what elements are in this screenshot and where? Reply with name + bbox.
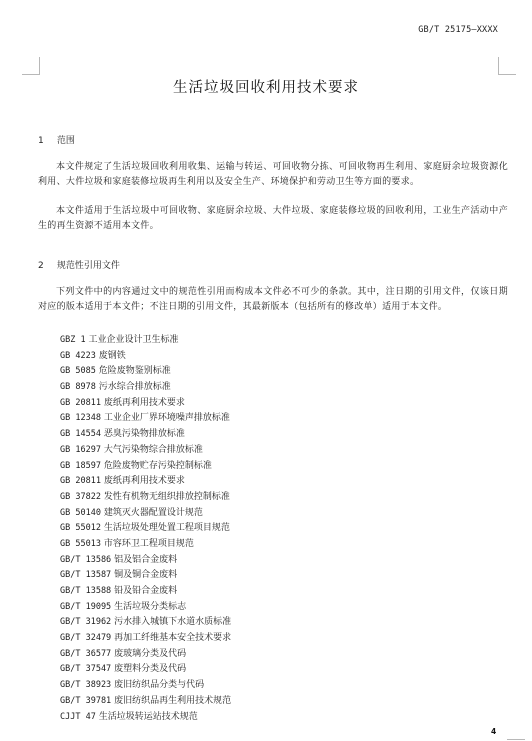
reference-item: GB 4223 废钢铁 <box>60 349 231 365</box>
reference-item: GB 18597 危险废物贮存污染控制标准 <box>60 459 231 475</box>
section-heading-normative-references: 2 规范性引用文件 <box>38 258 120 271</box>
reference-item: GB/T 19095 生活垃圾分类标志 <box>60 600 231 616</box>
reference-item: GB 55012 生活垃圾处理处置工程项目规范 <box>60 521 231 537</box>
reference-item: GB/T 13588 铅及铅合金废料 <box>60 584 231 600</box>
section-number: 2 <box>38 261 54 271</box>
reference-item: GB 20811 废纸再利用技术要求 <box>60 396 231 412</box>
standard-code-header: GB/T 25175—XXXX <box>418 25 498 35</box>
reference-item: GB/T 36577 废玻璃分类及代码 <box>60 647 231 663</box>
references-intro-paragraph: 下列文件中的内容通过文中的规范性引用而构成本文件必不可少的条款。其中，注日期的引… <box>38 285 508 314</box>
page-number: 4 <box>491 727 496 736</box>
reference-item: GB 14554 恶臭污染物排放标准 <box>60 427 231 443</box>
reference-item: GB/T 37547 废塑料分类及代码 <box>60 662 231 678</box>
reference-item: GB 20811 废纸再利用技术要求 <box>60 474 231 490</box>
reference-item: GB/T 39781 废旧纺织品再生利用技术规范 <box>60 694 231 710</box>
reference-item: GB 8978 污水综合排放标准 <box>60 380 231 396</box>
scope-paragraph-1: 本文件规定了生活垃圾回收利用收集、运输与转运、可回收物分拣、可回收物再生利用、家… <box>38 160 508 189</box>
section-title: 范围 <box>57 136 75 146</box>
reference-item: GBZ 1 工业企业设计卫生标准 <box>60 333 231 349</box>
section-number: 1 <box>38 136 54 146</box>
reference-item: GB/T 38923 废旧纺织品分类与代码 <box>60 678 231 694</box>
reference-item: GB/T 13587 铜及铜合金废料 <box>60 568 231 584</box>
reference-item: GB 55013 市容环卫工程项目规范 <box>60 537 231 553</box>
crop-mark-top-left <box>22 57 40 75</box>
crop-mark-bottom-right <box>507 739 525 740</box>
crop-mark-top-right <box>498 57 516 75</box>
reference-item: GB 5085 危险废物鉴别标准 <box>60 364 231 380</box>
reference-item: GB 16297 大气污染物综合排放标准 <box>60 443 231 459</box>
reference-item: GB/T 13586 铝及铝合金废料 <box>60 553 231 569</box>
reference-item: GB/T 32479 再加工纤维基本安全技术要求 <box>60 631 231 647</box>
section-heading-scope: 1 范围 <box>38 133 75 146</box>
document-title: 生活垃圾回收利用技术要求 <box>0 76 532 97</box>
reference-item: GB/T 31962 污水排入城镇下水道水质标准 <box>60 615 231 631</box>
reference-list: GBZ 1 工业企业设计卫生标准 GB 4223 废钢铁 GB 5085 危险废… <box>60 333 231 725</box>
reference-item: GB 37822 发性有机物无组织排放控制标准 <box>60 490 231 506</box>
scope-paragraph-2: 本文件适用于生活垃圾中可回收物、家庭厨余垃圾、大件垃圾、家庭装修垃圾的回收利用，… <box>38 204 508 233</box>
reference-item: GB 12348 工业企业厂界环境噪声排放标准 <box>60 411 231 427</box>
section-title: 规范性引用文件 <box>57 261 120 271</box>
reference-item: GB 50140 建筑灭火器配置设计规范 <box>60 506 231 522</box>
reference-item: CJJT 47 生活垃圾转运站技术规范 <box>60 710 231 726</box>
